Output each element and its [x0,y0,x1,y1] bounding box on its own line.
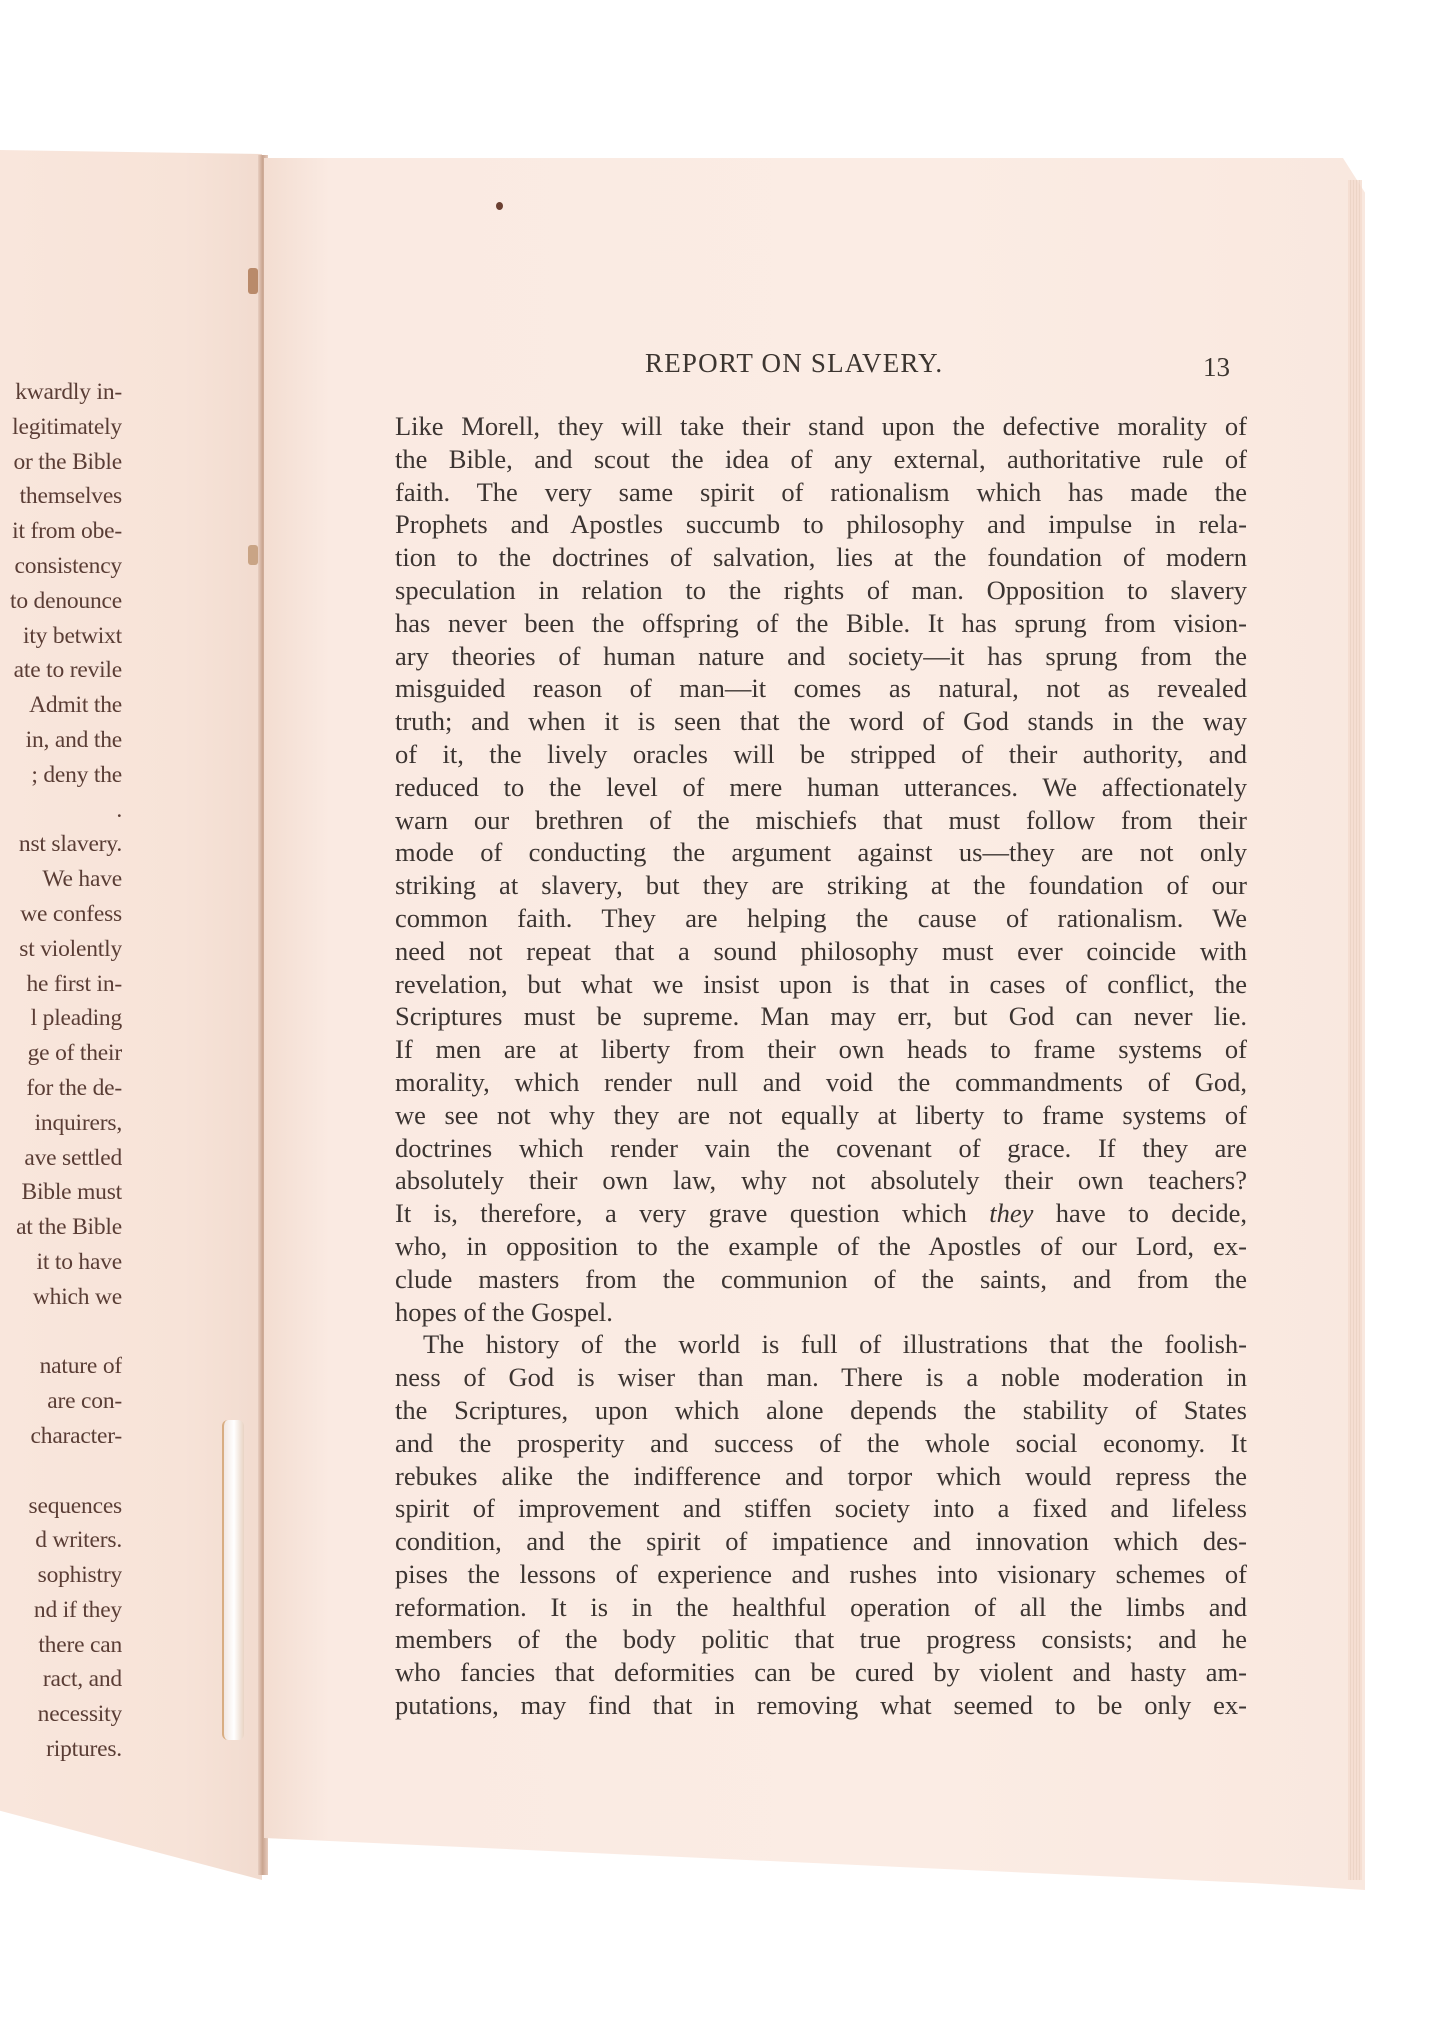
body-text: Like Morell, they will take their stand … [395,410,1247,1722]
text-line: to denounce [0,584,122,619]
text-line: nature of [0,1349,122,1384]
text-line: ave settled [0,1141,122,1176]
text-line: has never been the offspring of the Bibl… [395,607,1247,640]
text-line: or the Bible [0,445,122,480]
text-line: Scriptures must be supreme. Man may err,… [395,1000,1247,1033]
text-line: Prophets and Apostles succumb to philoso… [395,508,1247,541]
text-line: morality, which render null and void the… [395,1066,1247,1099]
text-line: condition, and the spirit of impatience … [395,1525,1247,1558]
text-line: members of the body politic that true pr… [395,1623,1247,1656]
text-line: . [0,793,122,828]
text-line: ract, and [0,1662,122,1697]
text-line: who fancies that deformities can be cure… [395,1656,1247,1689]
text-line: absolutely their own law, why not absolu… [395,1164,1247,1197]
page-edge [1348,180,1362,1880]
text-line: sophistry [0,1558,122,1593]
binding-stitch [248,545,258,565]
text-line: nst slavery. [0,827,122,862]
text-line: ness of God is wiser than man. There is … [395,1361,1247,1394]
text-line: sequences [0,1489,122,1524]
text-line: themselves [0,479,122,514]
text-line: character- [0,1419,122,1454]
text-line: ; deny the [0,758,122,793]
text-line: there can [0,1628,122,1663]
text-line: doctrines which render vain the covenant… [395,1132,1247,1165]
binding-stitch [248,268,258,294]
text-line: which we [0,1280,122,1315]
text-line: at the Bible [0,1210,122,1245]
text-line: nd if they [0,1593,122,1628]
text-line: putations, may find that in removing wha… [395,1689,1247,1722]
text-line: l pleading [0,1001,122,1036]
text-line: who, in opposition to the example of the… [395,1230,1247,1263]
text-segment: have to decide, [1056,1198,1247,1228]
text-line [0,1315,122,1350]
text-line: it from obe- [0,514,122,549]
text-line: hopes of the Gospel. [395,1296,1247,1329]
text-line-with-italic: It is, therefore, a very grave question … [395,1197,1247,1230]
text-line: faith. The very same spirit of rationali… [395,476,1247,509]
text-line: inquirers, [0,1106,122,1141]
text-line: ary theories of human nature and society… [395,640,1247,673]
text-line: If men are at liberty from their own hea… [395,1033,1247,1066]
text-line: we confess [0,897,122,932]
text-line: revelation, but what we insist upon is t… [395,968,1247,1001]
text-line: mode of conducting the argument against … [395,836,1247,869]
text-line: ge of their [0,1036,122,1071]
text-line: the Scriptures, upon which alone depends… [395,1394,1247,1427]
text-line: need not repeat that a sound philosophy … [395,935,1247,968]
text-line: riptures. [0,1732,122,1767]
text-line: are con- [0,1384,122,1419]
text-line: speculation in relation to the rights of… [395,574,1247,607]
text-line: we see not why they are not equally at l… [395,1099,1247,1132]
text-line: ate to revile [0,653,122,688]
spine-tear [222,1420,244,1740]
text-line: of it, the lively oracles will be stripp… [395,738,1247,771]
text-segment: It is, therefore, a very grave question … [395,1198,967,1228]
text-line: warn our brethren of the mischiefs that … [395,804,1247,837]
text-line: We have [0,862,122,897]
page-number: 13 [1203,352,1230,383]
text-line: pises the lessons of experience and rush… [395,1558,1247,1591]
text-line: truth; and when it is seen that the word… [395,705,1247,738]
text-line: in, and the [0,723,122,758]
text-line: rebukes alike the indifference and torpo… [395,1460,1247,1493]
text-line: necessity [0,1697,122,1732]
text-line: for the de- [0,1071,122,1106]
text-line: and the prosperity and success of the wh… [395,1427,1247,1460]
text-line [0,1454,122,1489]
text-line: kwardly in- [0,375,122,410]
text-line: ity betwixt [0,619,122,654]
ink-spot [496,202,503,210]
italic-word: they [989,1198,1033,1228]
text-line: the Bible, and scout the idea of any ext… [395,443,1247,476]
text-line: Admit the [0,688,122,723]
text-line: common faith. They are helping the cause… [395,902,1247,935]
text-line: it to have [0,1245,122,1280]
text-line: reformation. It is in the healthful oper… [395,1591,1247,1624]
text-line: clude masters from the communion of the … [395,1263,1247,1296]
running-head: REPORT ON SLAVERY. [645,348,943,379]
text-line: striking at slavery, but they are striki… [395,869,1247,902]
text-line: Bible must [0,1175,122,1210]
text-line: consistency [0,549,122,584]
text-line: misguided reason of man—it comes as natu… [395,672,1247,705]
text-line: spirit of improvement and stiffen societ… [395,1492,1247,1525]
text-line: d writers. [0,1523,122,1558]
text-line: Like Morell, they will take their stand … [395,410,1247,443]
text-line: he first in- [0,967,122,1002]
left-page-text: kwardly in- legitimately or the Bible th… [0,375,122,1767]
paragraph-start: The history of the world is full of illu… [395,1328,1247,1361]
text-line: reduced to the level of mere human utter… [395,771,1247,804]
text-line: tion to the doctrines of salvation, lies… [395,541,1247,574]
text-line: st violently [0,932,122,967]
text-line: legitimately [0,410,122,445]
